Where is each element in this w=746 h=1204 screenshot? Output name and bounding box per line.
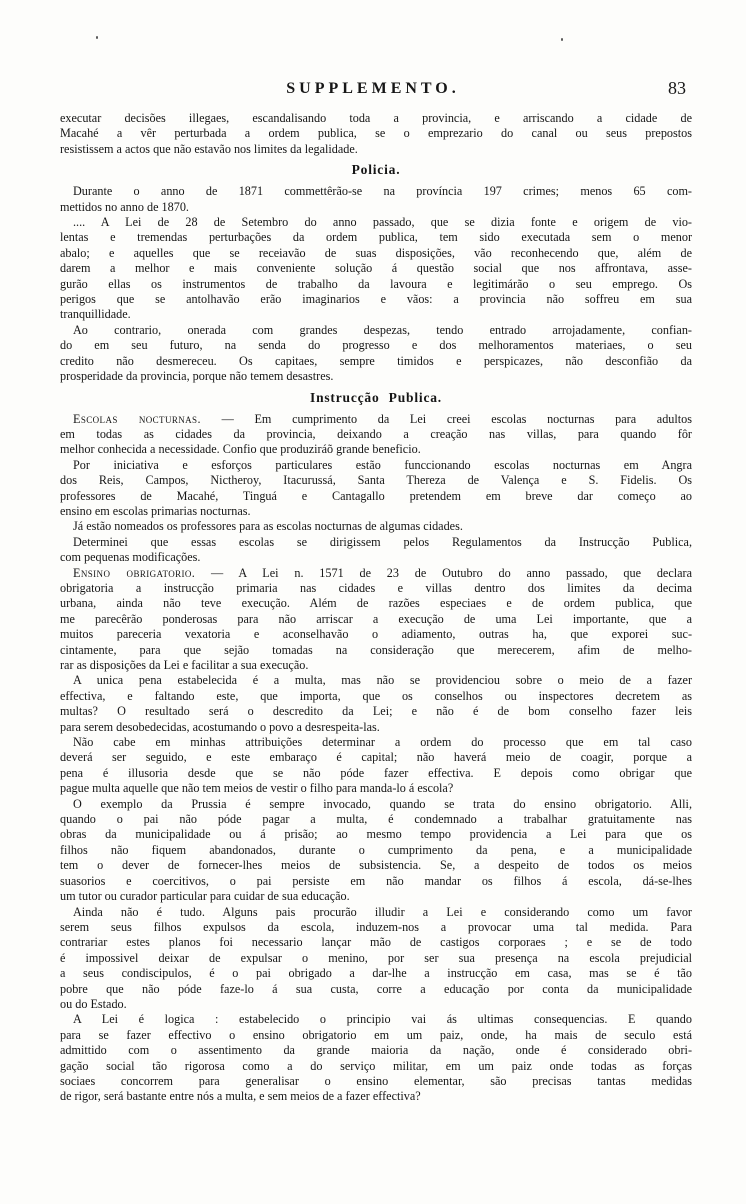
text-line: Ensino obrigatorio. — A Lei n. 1571 de 2… <box>60 566 692 581</box>
paragraph: Por iniciativa e esforços particulares e… <box>60 458 692 520</box>
text-line: rar as disposições da Lei e facilitar a … <box>60 658 692 673</box>
paragraph: A unica pena estabelecida é a multa, mas… <box>60 673 692 735</box>
text-line: deverá ser seguido, e este embaraço é ca… <box>60 750 692 765</box>
text-line: lentas e tremendas perturbações da ordem… <box>60 230 692 245</box>
paragraph: Ao contrario, onerada com grandes despez… <box>60 323 692 385</box>
paragraph: O exemplo da Prussia é sempre invocado, … <box>60 797 692 905</box>
text-line: credito não desmereceu. Os capitaes, sem… <box>60 354 692 369</box>
text-line: para serem desobedecidas, acostumando o … <box>60 720 692 735</box>
text-line: Durante o anno de 1871 commettêrão-se na… <box>60 184 692 199</box>
text-line: A unica pena estabelecida é a multa, mas… <box>60 673 692 688</box>
paragraph: Ainda não é tudo. Alguns pais procurão i… <box>60 905 692 1013</box>
text-line: gação social tão rigorosa como a do serv… <box>60 1059 692 1074</box>
text-line: Ao contrario, onerada com grandes despez… <box>60 323 692 338</box>
text-line: quando o pai não póde pagar a multa, é c… <box>60 812 692 827</box>
text-line: do em seu futuro, na senda do progresso … <box>60 338 692 353</box>
text-line: pobre que não póde faze-lo á sua custa, … <box>60 982 692 997</box>
text-line: melhor conhecida a necessidade. Confio q… <box>60 442 692 457</box>
text-line: Por iniciativa e esforços particulares e… <box>60 458 692 473</box>
text-line: perigos que se antolhavão erão imaginari… <box>60 292 692 307</box>
text-line: admittido com o assentimento da grande m… <box>60 1043 692 1058</box>
text-line: de rigor, será bastante entre nós a mult… <box>60 1089 692 1104</box>
text-line: darem a melhor e mais conveniente soluçã… <box>60 261 692 276</box>
text-line: a seus condiscipulos, é o pai obrigado a… <box>60 966 692 981</box>
text-line: Já estão nomeados os professores para as… <box>60 519 692 534</box>
text-line: pague multa aquelle que não tem meios de… <box>60 781 692 796</box>
text-line: suasorios e coercitivos, o pai persiste … <box>60 874 692 889</box>
scanned-document-page: SUPPLEMENTO. 83 executar decisões illega… <box>0 0 746 1204</box>
text-line: sociaes concorrem para generalisar o ens… <box>60 1074 692 1089</box>
text-line: obrigatoria a instrucção primaria nas ci… <box>60 581 692 596</box>
paragraph: Escolas nocturnas. — Em cumprimento da L… <box>60 412 692 458</box>
text-line: A Lei é logica : estabelecido o principi… <box>60 1012 692 1027</box>
text-line: professores de Macahé, Tinguá e Cantagal… <box>60 489 692 504</box>
paragraph-lead: Ensino obrigatorio. <box>73 566 195 580</box>
text-line: Escolas nocturnas. — Em cumprimento da L… <box>60 412 692 427</box>
document-body: executar decisões illegaes, escandalisan… <box>60 111 692 1105</box>
text-line: effectiva, e faltando este, que importa,… <box>60 689 692 704</box>
text-line: O exemplo da Prussia é sempre invocado, … <box>60 797 692 812</box>
text-line: Determinei que essas escolas se dirigiss… <box>60 535 692 550</box>
text-line: tranquillidade. <box>60 307 692 322</box>
text-line: executar decisões illegaes, escandalisan… <box>60 111 692 126</box>
text-line: contrariar estes planos foi necessario l… <box>60 935 692 950</box>
text-line: em todas as cidades da provincia, deixan… <box>60 427 692 442</box>
text-line: .... A Lei de 28 de Setembro do anno pas… <box>60 215 692 230</box>
text-line: um tutor ou curador particular para cuid… <box>60 889 692 904</box>
text-line: Ainda não é tudo. Alguns pais procurão i… <box>60 905 692 920</box>
paragraph-lead-rest: — Em cumprimento da Lei creei escolas no… <box>201 412 692 426</box>
text-line: abalo; e aquelles que se receiavão de su… <box>60 246 692 261</box>
section-heading: Instrucção Publica. <box>60 390 692 406</box>
paragraph: Durante o anno de 1871 commettêrão-se na… <box>60 184 692 215</box>
section-heading: Policia. <box>60 162 692 178</box>
text-line: obras da municipalidade ou á prisão; ao … <box>60 827 692 842</box>
text-line: ou do Estado. <box>60 997 692 1012</box>
text-line: é impossivel deixar de expulsar o menino… <box>60 951 692 966</box>
text-line: ensino em escolas primarias nocturnas. <box>60 504 692 519</box>
paragraph-lead: Escolas nocturnas. <box>73 412 201 426</box>
page-number: 83 <box>668 78 686 98</box>
text-line: multas? O resultado será o descredito da… <box>60 704 692 719</box>
paragraph: executar decisões illegaes, escandalisan… <box>60 111 692 157</box>
paragraph: .... A Lei de 28 de Setembro do anno pas… <box>60 215 692 323</box>
text-line: mettidos no anno de 1870. <box>60 200 692 215</box>
page-header: SUPPLEMENTO. 83 <box>0 0 746 98</box>
paragraph: Ensino obrigatorio. — A Lei n. 1571 de 2… <box>60 566 692 674</box>
text-line: filhos não fiquem abandonados, durante o… <box>60 843 692 858</box>
text-line: tem o dever de fornecer-lhes meios de su… <box>60 858 692 873</box>
text-line: pena é illusoria desde que se não póde f… <box>60 766 692 781</box>
text-line: Não cabe em minhas attribuições determin… <box>60 735 692 750</box>
text-line: prosperidade da provincia, porque não te… <box>60 369 692 384</box>
page-title: SUPPLEMENTO. <box>0 80 746 98</box>
text-line: muitos pareceria vexatoria e aconselhavã… <box>60 627 692 642</box>
text-line: com pequenas modificações. <box>60 550 692 565</box>
text-line: serem seus filhos expulsos da escola, in… <box>60 920 692 935</box>
text-line: urbana, ainda não teve execução. Além de… <box>60 596 692 611</box>
paragraph: A Lei é logica : estabelecido o principi… <box>60 1012 692 1104</box>
text-line: me parecêrão ponderosas para não arrisca… <box>60 612 692 627</box>
text-line: resistissem a actos que não estavão nos … <box>60 142 692 157</box>
text-line: cintamente, para que sejão tomadas na co… <box>60 643 692 658</box>
paragraph: Não cabe em minhas attribuições determin… <box>60 735 692 797</box>
text-line: Macahé a vêr perturbada a ordem publica,… <box>60 126 692 141</box>
text-line: dos Reis, Campos, Nictheroy, Itacurussá,… <box>60 473 692 488</box>
paragraph: Já estão nomeados os professores para as… <box>60 519 692 534</box>
text-line: gurão ellas os instrumentos de trabalho … <box>60 277 692 292</box>
paragraph: Determinei que essas escolas se dirigiss… <box>60 535 692 566</box>
text-line: para se fazer effectivo o ensino obrigat… <box>60 1028 692 1043</box>
paragraph-lead-rest: — A Lei n. 1571 de 23 de Outubro do anno… <box>195 566 692 580</box>
